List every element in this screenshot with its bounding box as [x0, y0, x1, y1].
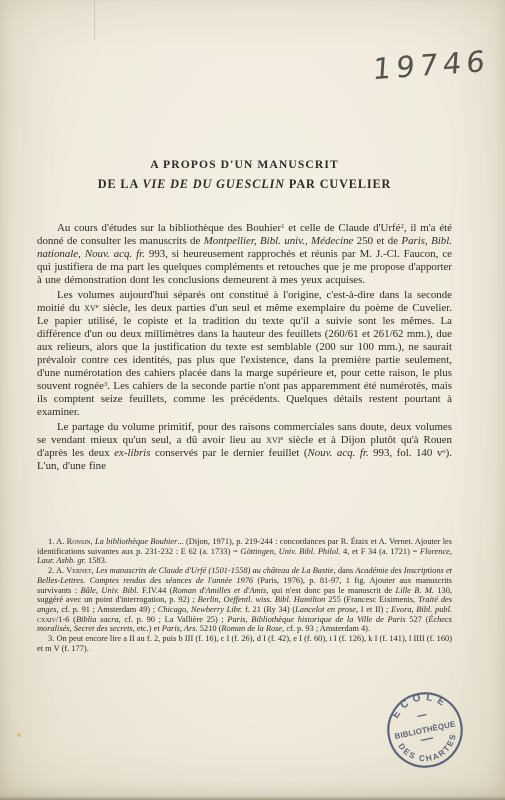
body-paragraph-3: Le partage du volume primitif, pour des … [37, 421, 452, 473]
library-stamp: ECOLE BIBLIOTHÈQUE DES CHARTES [379, 684, 472, 777]
article-body: Au cours d'études sur la bibliothèque de… [37, 222, 452, 475]
footnote-3: 3. On peut encore lire a II au f. 2, pui… [37, 634, 452, 653]
footnote-2: 2. A. Vernet, Les manuscrits de Claude d… [37, 566, 452, 634]
stamp-divider-top [417, 715, 426, 717]
scanned-page: 19746 A PROPOS D'UN MANUSCRIT DE LA VIE … [0, 0, 505, 800]
title-line-1: A PROPOS D'UN MANUSCRIT [37, 158, 452, 171]
stamp-divider-bottom [421, 738, 433, 741]
body-paragraph-2: Les volumes aujourd'hui séparés ont cons… [37, 289, 452, 419]
paper-speck [17, 733, 21, 737]
stamp-text-top: ECOLE [387, 687, 452, 722]
title-line-2: DE LA VIE DE DU GUESCLIN PAR CUVELIER [37, 177, 452, 192]
article-title: A PROPOS D'UN MANUSCRIT DE LA VIE DE DU … [37, 158, 452, 192]
footnote-1: 1. A. Ronsin, La bibliothèque Bouhier...… [37, 537, 452, 566]
footnotes-block: 1. A. Ronsin, La bibliothèque Bouhier...… [37, 537, 452, 653]
paper-fold-mark [94, 0, 95, 40]
stamp-text-middle: BIBLIOTHÈQUE [394, 719, 456, 741]
handwritten-accession-number: 19746 [372, 44, 491, 86]
body-paragraph-1: Au cours d'études sur la bibliothèque de… [37, 222, 452, 287]
